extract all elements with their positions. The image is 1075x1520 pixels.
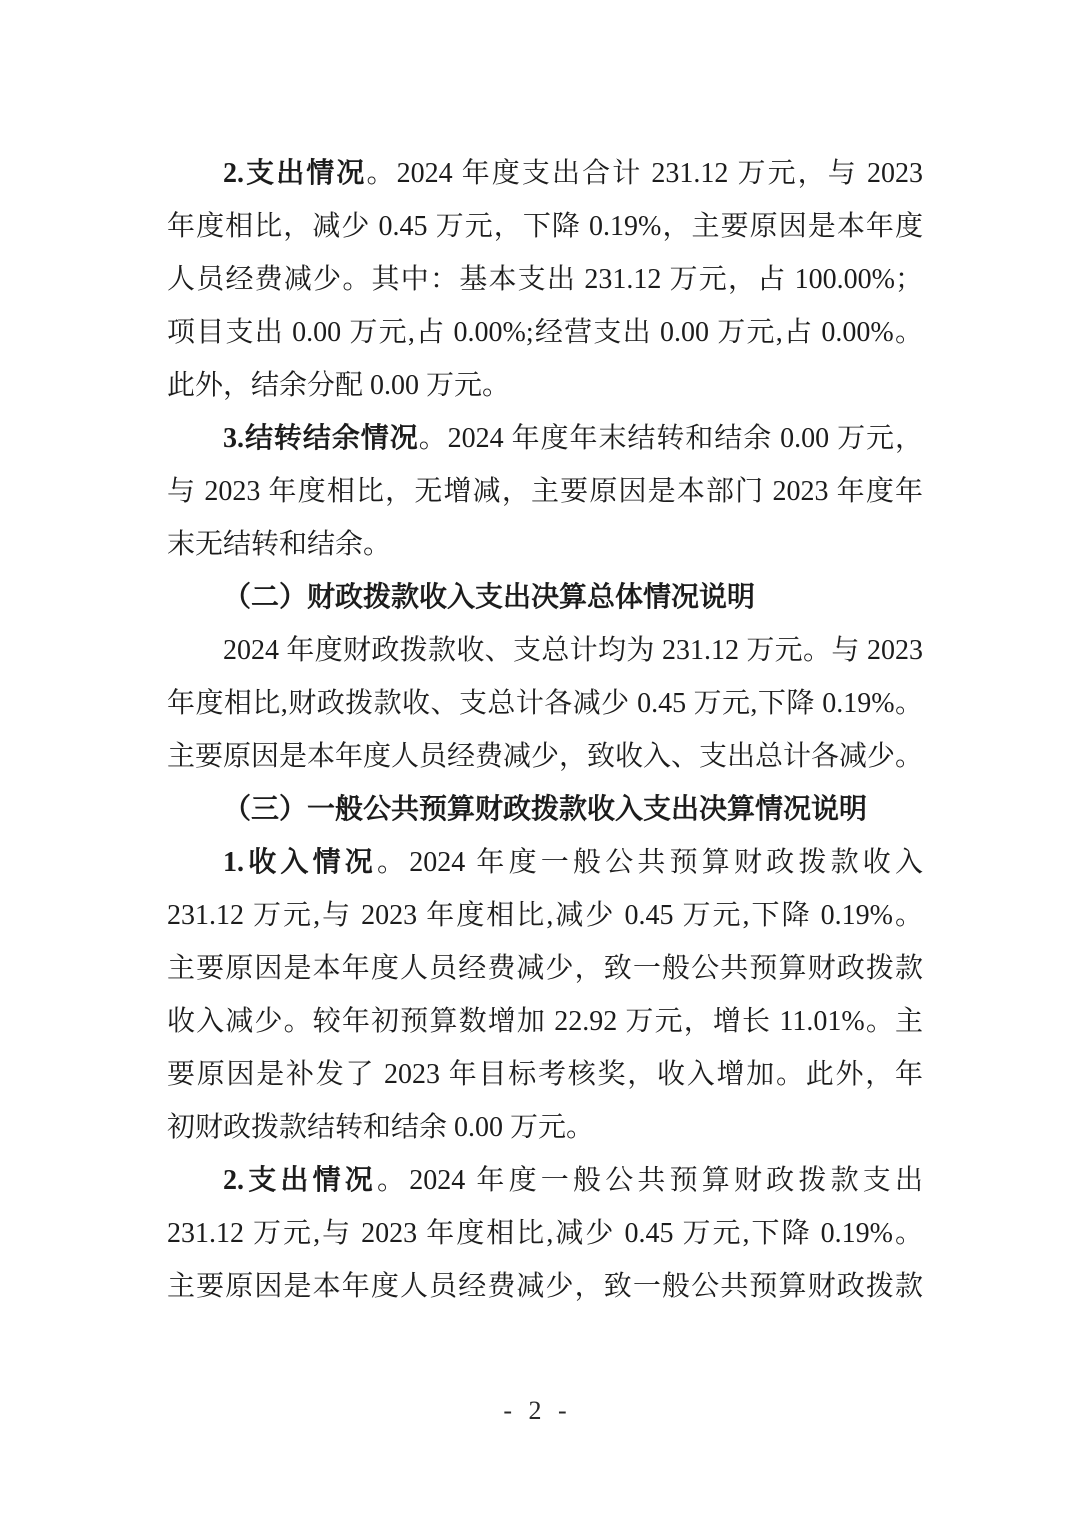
line-body-text: 。2024 年度一般公共预算财政拨款收入 [377,847,923,878]
text-line: 2024 年度财政拨款收、支总计均为 231.12 万元。与 2023 [167,624,923,677]
text-line: 主要原因是本年度人员经费减少，致一般公共预算财政拨款 [167,942,923,995]
line-body-text: 年度相比，减少 0.45 万元，下降 0.19%，主要原因是本年度 [167,211,923,242]
line-body-text: （三）一般公共预算财政拨款收入支出决算情况说明 [223,794,867,825]
text-line: 要原因是补发了 2023 年目标考核奖，收入增加。此外，年 [167,1048,923,1101]
line-body-text: 主要原因是本年度人员经费减少，致一般公共预算财政拨款 [167,953,923,984]
line-lead-text: 2.支出情况 [223,158,367,189]
page-number: - 2 - [503,1396,571,1425]
line-body-text: 人员经费减少。其中：基本支出 231.12 万元，占 100.00%； [167,264,923,295]
line-body-text: 年度相比,财政拨款收、支总计各减少 0.45 万元,下降 0.19%。 [167,688,923,719]
text-line: （二）财政拨款收入支出决算总体情况说明 [167,571,923,624]
text-line: 初财政拨款结转和结余 0.00 万元。 [167,1101,923,1154]
text-line: 此外，结余分配 0.00 万元。 [167,359,923,412]
text-line: 人员经费减少。其中：基本支出 231.12 万元，占 100.00%； [167,253,923,306]
page-footer: - 2 - [0,1396,1075,1426]
line-body-text: 项目支出 0.00 万元,占 0.00%;经营支出 0.00 万元,占 0.00… [167,317,923,348]
document-page: 2.支出情况。2024 年度支出合计 231.12 万元，与 2023年度相比，… [0,0,1075,1520]
line-lead-text: 3.结转结余情况 [223,423,419,454]
text-line: 末无结转和结余。 [167,518,923,571]
line-body-text: 与 2023 年度相比，无增减，主要原因是本部门 2023 年度年 [167,476,923,507]
line-body-text: 231.12 万元,与 2023 年度相比,减少 0.45 万元,下降 0.19… [167,1218,923,1249]
line-body-text: 。2024 年度年末结转和结余 0.00 万元， [419,423,923,454]
line-body-text: 此外，结余分配 0.00 万元。 [167,370,510,401]
text-line: 收入减少。较年初预算数增加 22.92 万元，增长 11.01%。主 [167,995,923,1048]
text-line: 1.收入情况。2024 年度一般公共预算财政拨款收入 [167,836,923,889]
text-line: 2.支出情况。2024 年度一般公共预算财政拨款支出 [167,1154,923,1207]
text-line: 项目支出 0.00 万元,占 0.00%;经营支出 0.00 万元,占 0.00… [167,306,923,359]
line-body-text: 收入减少。较年初预算数增加 22.92 万元，增长 11.01%。主 [167,1006,923,1037]
text-line: 年度相比，减少 0.45 万元，下降 0.19%，主要原因是本年度 [167,200,923,253]
text-line: 231.12 万元,与 2023 年度相比,减少 0.45 万元,下降 0.19… [167,1207,923,1260]
text-line: 231.12 万元,与 2023 年度相比,减少 0.45 万元,下降 0.19… [167,889,923,942]
text-line: 3.结转结余情况。2024 年度年末结转和结余 0.00 万元， [167,412,923,465]
line-lead-text: 1.收入情况 [223,847,377,878]
line-body-text: 初财政拨款结转和结余 0.00 万元。 [167,1112,594,1143]
text-line: 年度相比,财政拨款收、支总计各减少 0.45 万元,下降 0.19%。 [167,677,923,730]
line-body-text: 。2024 年度支出合计 231.12 万元，与 2023 [367,158,923,189]
line-body-text: 主要原因是本年度人员经费减少，致收入、支出总计各减少。 [167,741,923,772]
line-body-text: 末无结转和结余。 [167,529,391,560]
line-body-text: 231.12 万元,与 2023 年度相比,减少 0.45 万元,下降 0.19… [167,900,923,931]
text-line: 与 2023 年度相比，无增减，主要原因是本部门 2023 年度年 [167,465,923,518]
line-body-text: 2024 年度财政拨款收、支总计均为 231.12 万元。与 2023 [223,635,923,666]
line-body-text: 。2024 年度一般公共预算财政拨款支出 [377,1165,923,1196]
text-line: （三）一般公共预算财政拨款收入支出决算情况说明 [167,783,923,836]
line-body-text: 主要原因是本年度人员经费减少，致一般公共预算财政拨款 [167,1271,923,1302]
line-lead-text: 2.支出情况 [223,1165,377,1196]
line-body-text: （二）财政拨款收入支出决算总体情况说明 [223,582,755,613]
line-body-text: 要原因是补发了 2023 年目标考核奖，收入增加。此外，年 [167,1059,923,1090]
text-line: 主要原因是本年度人员经费减少，致一般公共预算财政拨款 [167,1260,923,1313]
text-line: 2.支出情况。2024 年度支出合计 231.12 万元，与 2023 [167,147,923,200]
text-line: 主要原因是本年度人员经费减少，致收入、支出总计各减少。 [167,730,923,783]
document-body: 2.支出情况。2024 年度支出合计 231.12 万元，与 2023年度相比，… [167,147,923,1313]
